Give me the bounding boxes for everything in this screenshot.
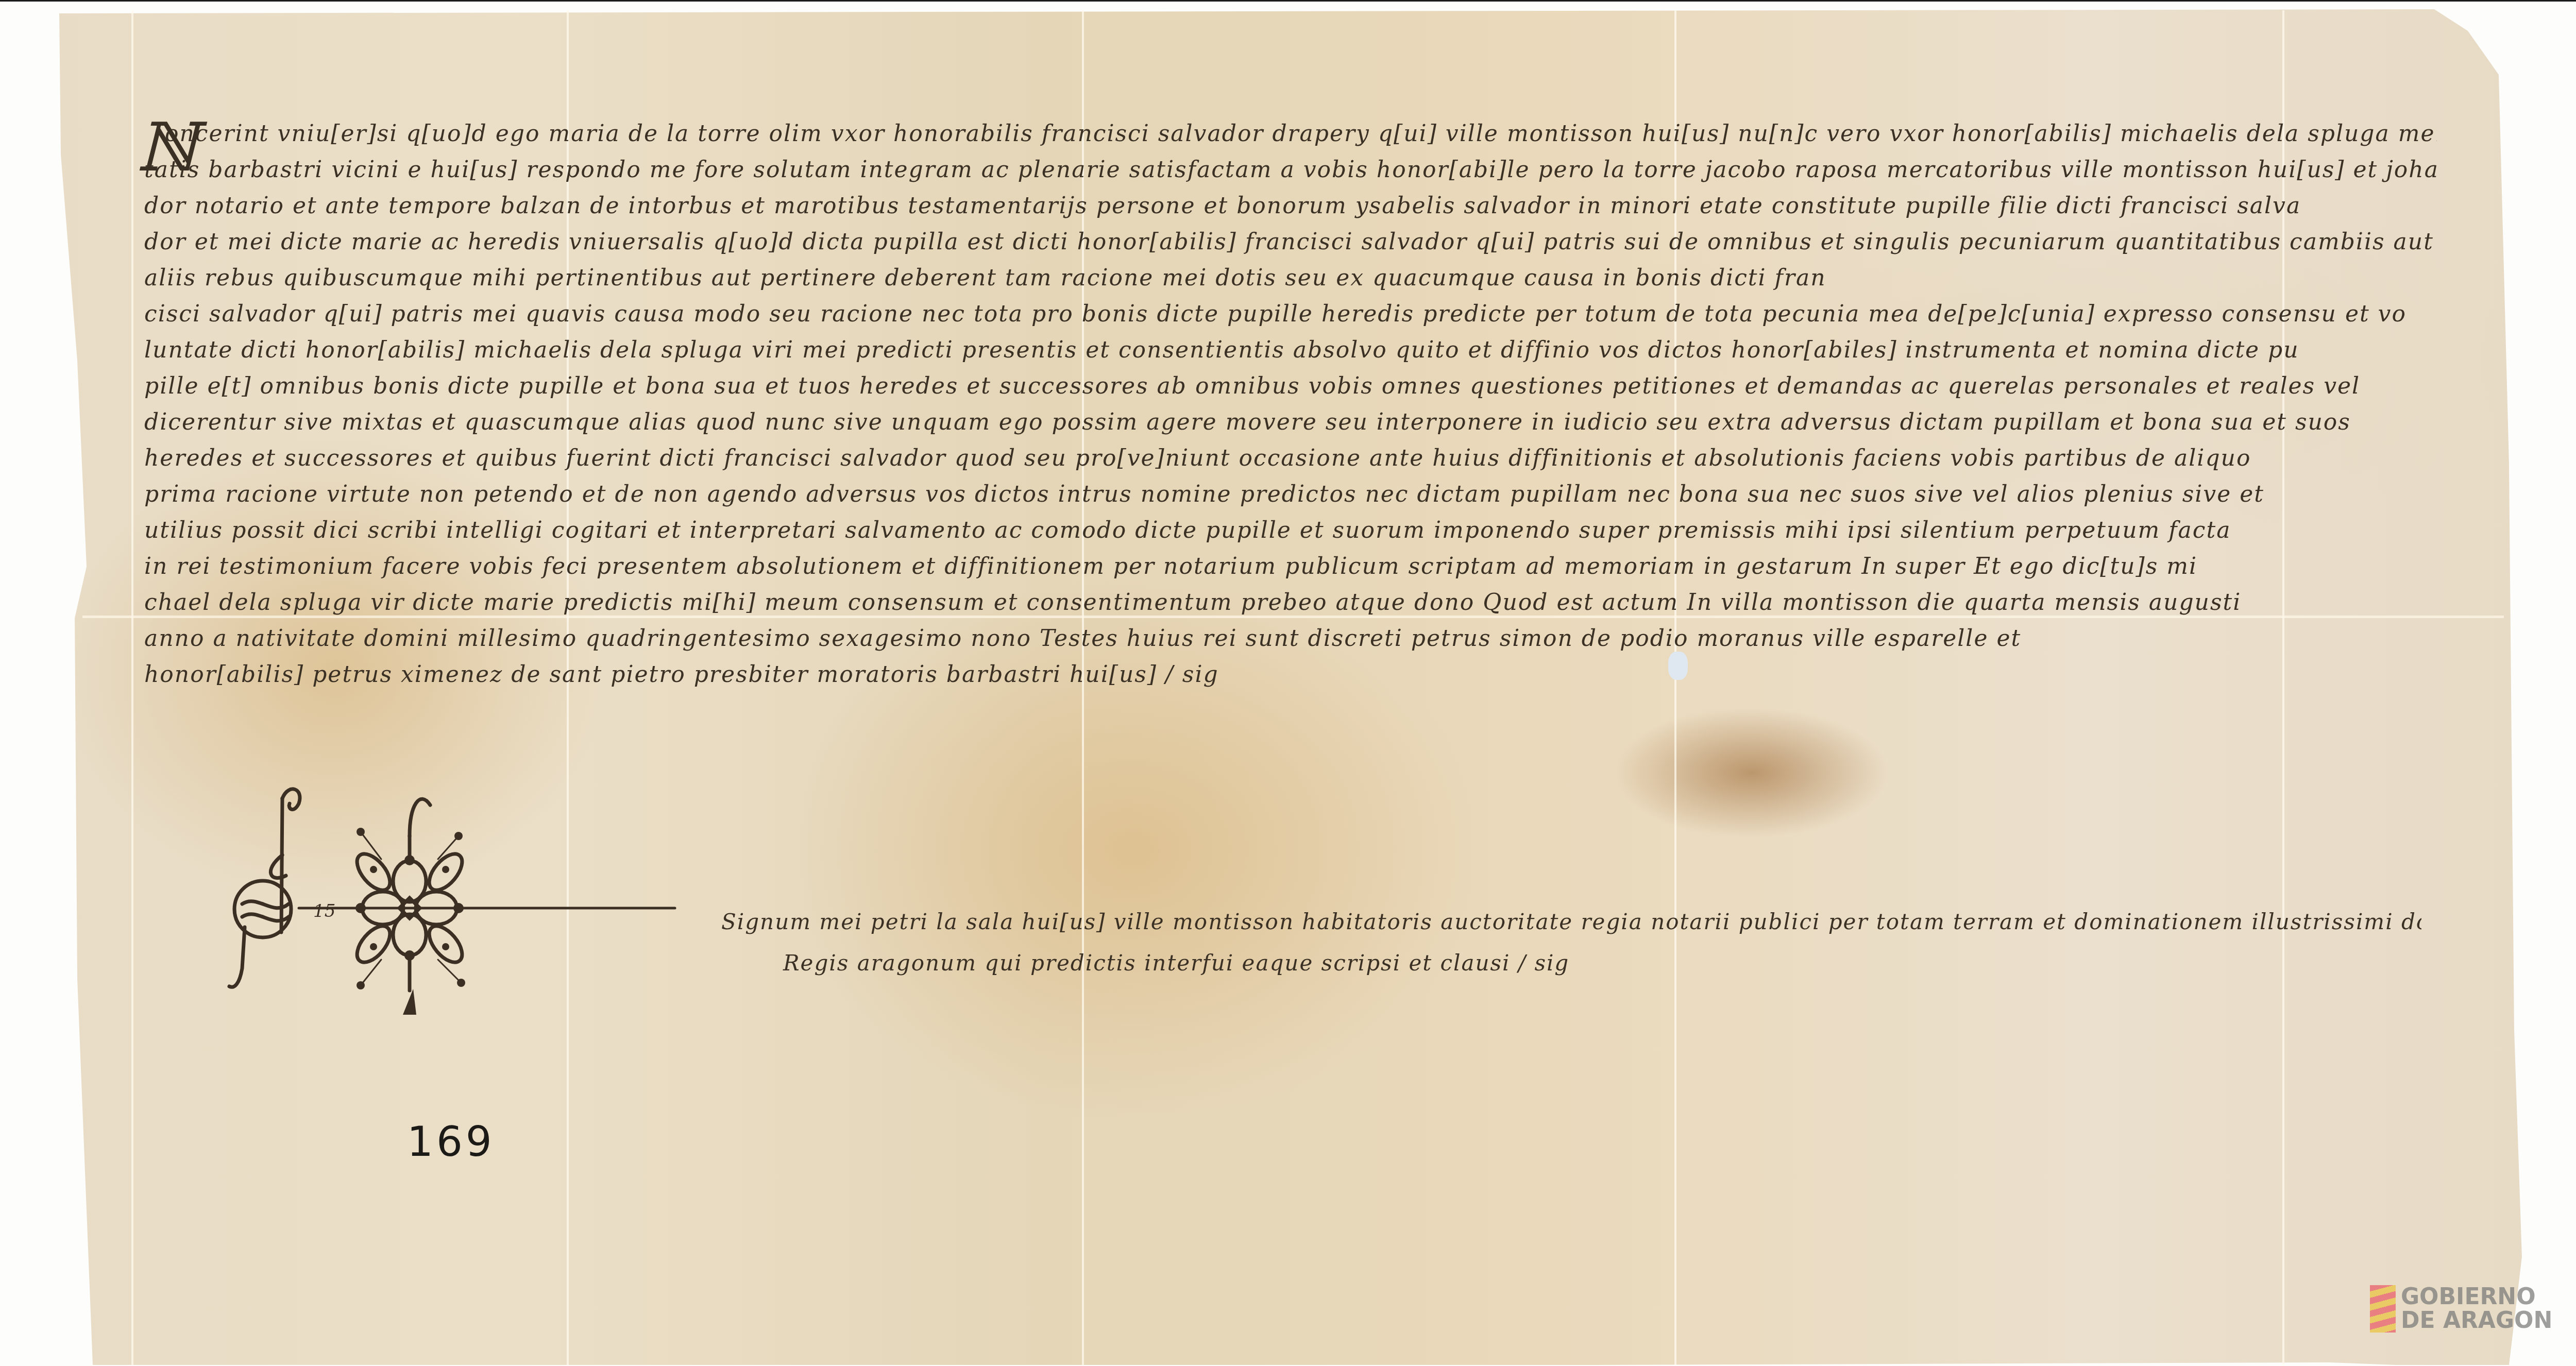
- text-line: tatis barbastri vicini e hui[us] respond…: [144, 152, 2437, 188]
- text-line: chael dela spluga vir dicte marie predic…: [144, 585, 2437, 621]
- document-body-text: oncerint vniu[er]si q[uo]d ego maria de …: [144, 116, 2437, 693]
- text-line: luntate dicti honor[abilis] michaelis de…: [144, 332, 2437, 368]
- signum-label: 15: [313, 901, 335, 921]
- fold-line-vertical: [131, 10, 133, 1365]
- subscription-line: Signum mei petri la sala hui[us] ville m…: [721, 901, 2421, 943]
- text-line: oncerint vniu[er]si q[uo]d ego maria de …: [144, 116, 2437, 152]
- aragon-flag-icon: [2370, 1285, 2396, 1333]
- scan-top-border: [0, 0, 2576, 2]
- text-line: dor et mei dicte marie ac heredis vniuer…: [144, 224, 2437, 260]
- text-line: pille e[t] omnibus bonis dicte pupille e…: [144, 368, 2437, 404]
- text-line: dor notario et ante tempore balzan de in…: [144, 188, 2437, 224]
- text-line: utilius possit dici scribi intelligi cog…: [144, 513, 2437, 549]
- text-line: dicerentur sive mixtas et quascumque ali…: [144, 404, 2437, 440]
- text-line: prima racione virtute non petendo et de …: [144, 476, 2437, 513]
- notarial-signum-icon: 15: [222, 773, 711, 1082]
- gobierno-de-aragon-watermark: GOBIERNO DE ARAGON: [2370, 1285, 2552, 1333]
- text-line: in rei testimonium facere vobis feci pre…: [144, 549, 2437, 585]
- text-line: cisci salvador q[ui] patris mei quavis c…: [144, 296, 2437, 332]
- text-line: heredes et successores et quibus fuerint…: [144, 440, 2437, 476]
- archive-number: 169: [407, 1118, 495, 1166]
- watermark-line-2: DE ARAGON: [2401, 1309, 2552, 1333]
- notary-subscription: Signum mei petri la sala hui[us] ville m…: [721, 901, 2421, 984]
- text-line: anno a nativitate domini millesimo quadr…: [144, 621, 2437, 657]
- text-line: honor[abilis] petrus ximenez de sant pie…: [144, 657, 1381, 693]
- watermark-line-1: GOBIERNO: [2401, 1285, 2552, 1309]
- text-line: aliis rebus quibuscumque mihi pertinenti…: [144, 260, 2437, 296]
- watermark-text: GOBIERNO DE ARAGON: [2401, 1285, 2552, 1333]
- subscription-line: Regis aragonum qui predictis interfui ea…: [721, 943, 2421, 984]
